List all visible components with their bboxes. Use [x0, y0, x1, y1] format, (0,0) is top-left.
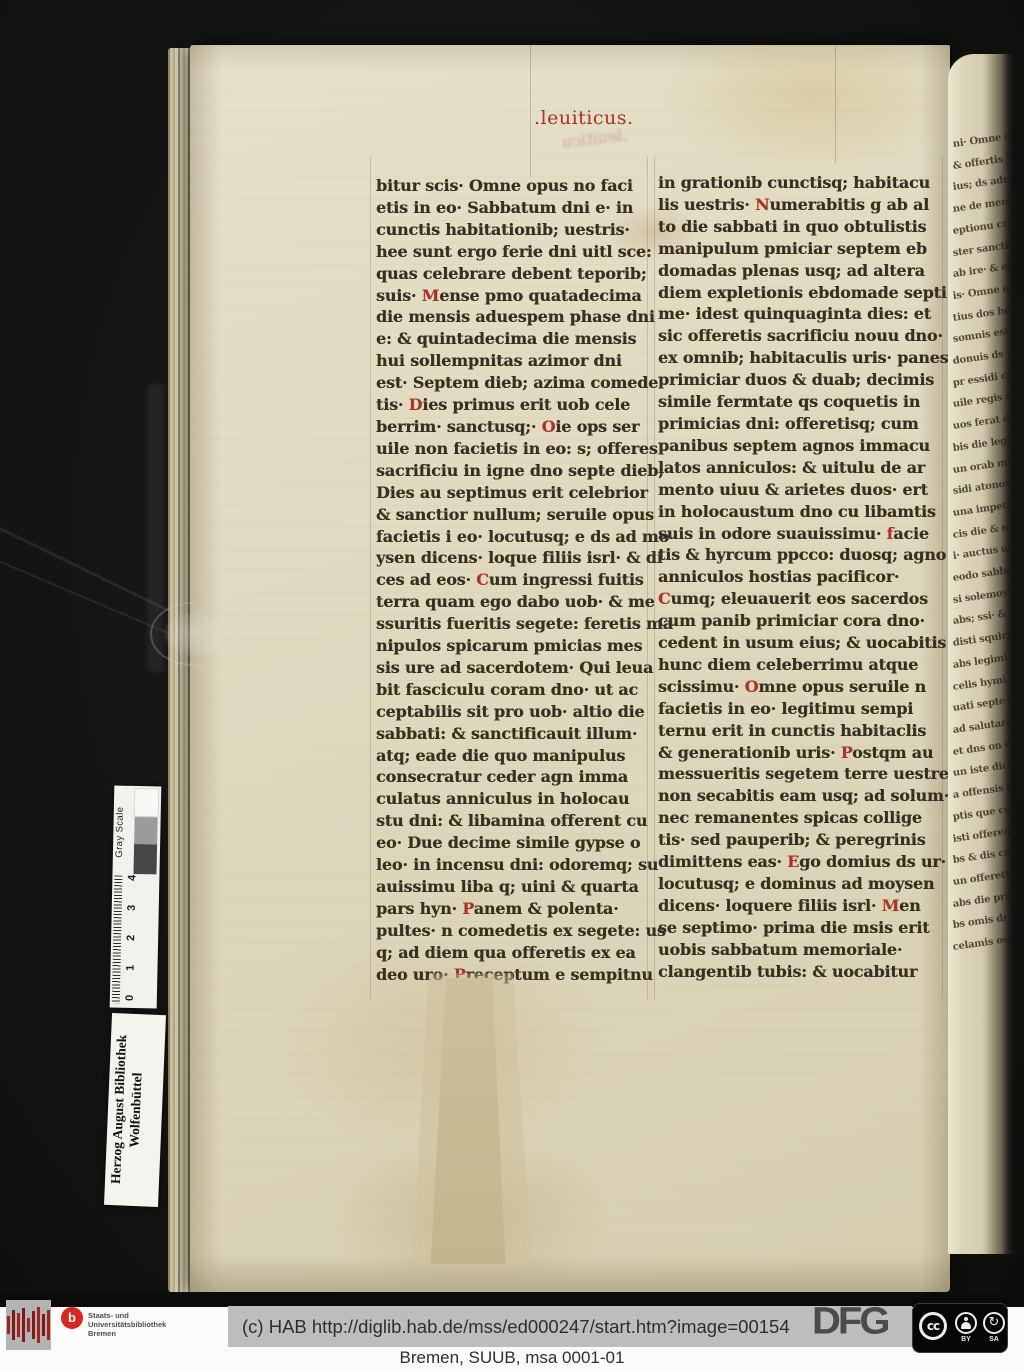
org-line: Bremen: [88, 1329, 166, 1338]
text-column-left: bitur scis· Omne opus no facietis in eo·…: [376, 175, 648, 986]
manuscript-line: anniculos hostias pacificor·: [658, 566, 944, 588]
manuscript-line: nipulos spicarum pmicias mes: [376, 635, 648, 657]
manuscript-line: pars hyn· Panem & polenta·: [376, 898, 648, 920]
manuscript-page: .leuiticus. .leuiticus. bitur scis· Omne…: [190, 45, 950, 1292]
manuscript-line: bitur scis· Omne opus no faci: [376, 175, 648, 197]
manuscript-line: hunc diem celeberrimu atque: [658, 654, 944, 676]
cc-icon: cc: [919, 1312, 947, 1340]
manuscript-line: cum panib primiciar cora dno·: [658, 610, 944, 632]
manuscript-line: pultes· n comedetis ex segete: us: [376, 920, 648, 942]
manuscript-line: diem expletionis ebdomade septi: [658, 282, 944, 304]
text-column-right: in grationib cunctisq; habitaculis uestr…: [658, 172, 944, 983]
manuscript-line: atq; eade die quo manipulus: [376, 745, 648, 767]
manuscript-line: nec remanentes spicas collige: [658, 807, 944, 829]
manuscript-line: sic offeretis sacrificiu nouu dno·: [658, 325, 944, 347]
manuscript-line: ysen dicens· loque filiis isrl· & di: [376, 547, 648, 569]
manuscript-line: non secabitis eam usq; ad solum·: [658, 785, 944, 807]
manuscript-line: tis· sed pauperib; & peregrinis: [658, 829, 944, 851]
gutter-shadow: [948, 54, 1014, 1254]
manuscript-line: dicens· loquere filiis isrl· Men: [658, 895, 944, 917]
ruler-number: 3: [126, 905, 138, 911]
gray-scale-label: Gray Scale: [113, 789, 133, 877]
ruler-number: 2: [125, 935, 137, 941]
manuscript-line: cedent in usum eius; & uocabitis: [658, 632, 944, 654]
manuscript-line: sabbati: & sanctificauit illum·: [376, 723, 648, 745]
manuscript-line: uile non facietis in eo: s; offeres: [376, 438, 648, 460]
gray-scale-ruler: Gray Scale 43210: [110, 786, 162, 1009]
manuscript-line: auissimu liba q; uini & quarta: [376, 876, 648, 898]
manuscript-line: cunctis habitationib; uestris·: [376, 219, 648, 241]
ruler-number: 0: [124, 995, 136, 1001]
manuscript-line: suis in odore suauissimu· facie: [658, 523, 944, 545]
manuscript-line: eo· Due decime simile gypse o: [376, 832, 648, 854]
manuscript-line: scissimu· Omne opus seruile n: [658, 676, 944, 698]
manuscript-line: ternu erit in cunctis habitaclis: [658, 720, 944, 742]
manuscript-line: consecratur ceder agn imma: [376, 766, 648, 788]
ruler-ticks: [112, 876, 123, 1004]
cc-by-person-icon: [955, 1312, 977, 1334]
bremen-logo-icon: b: [61, 1307, 83, 1329]
manuscript-line: locutusq; e dominus ad moysen: [658, 873, 944, 895]
manuscript-line: est· Septem dieb; azima comede: [376, 372, 648, 394]
page-holder-clip: [150, 602, 236, 666]
manuscript-line: terra quam ego dabo uob· & me: [376, 591, 648, 613]
manuscript-line: uobis sabbatum memoriale·: [658, 939, 944, 961]
manuscript-line: messueritis segetem terre uestre·: [658, 763, 944, 785]
ruler-numbers: 43210: [123, 872, 140, 1004]
manuscript-line: primiciar duos & duab; decimis: [658, 369, 944, 391]
manuscript-line: manipulum pmiciar septem eb: [658, 238, 944, 260]
ruling-line: [370, 157, 371, 999]
manuscript-line: quas celebrare debent teporib;: [376, 263, 648, 285]
gray-patch-dark: [133, 844, 157, 874]
manuscript-line: me· idest quinquaginta dies: et: [658, 303, 944, 325]
manuscript-line: hee sunt ergo ferie dni uitl sce:: [376, 241, 648, 263]
cc-sa-arrow-icon: ↻: [983, 1312, 1005, 1334]
bremen-org-name: Staats- undUniversitätsbibliothekBremen: [88, 1311, 166, 1338]
ruler-number: 1: [124, 965, 136, 971]
manuscript-line: dimittens eas· Ego domius ds ur·: [658, 851, 944, 873]
ink-bleedthrough: .leuiticus.: [561, 125, 629, 157]
manuscript-line: stu dni: & libamina offerent cu: [376, 810, 648, 832]
parchment-crease: [530, 45, 531, 177]
manuscript-line: leo· in incensu dni: odoremq; su: [376, 854, 648, 876]
manuscript-line: bit fasciculu coram dno· ut ac: [376, 679, 648, 701]
manuscript-line: culatus anniculus in holocau: [376, 788, 648, 810]
manuscript-line: q; ad diem qua offeretis ex ea: [376, 942, 648, 964]
manuscript-line: Cumq; eleuauerit eos sacerdos: [658, 588, 944, 610]
manuscript-line: primicias dni: offeretisq; cum: [658, 413, 944, 435]
manuscript-line: mento uiuu & arietes duos· ert: [658, 479, 944, 501]
manuscript-line: & generationib uris· Postqm au: [658, 742, 944, 764]
manuscript-line: hui sollempnitas azimor dni: [376, 350, 648, 372]
manuscript-line: berrim· sanctusq;· Oie ops ser: [376, 416, 648, 438]
manuscript-line: latos anniculos: & uitulu de ar: [658, 457, 944, 479]
manuscript-line: to die sabbati in quo obtulistis: [658, 216, 944, 238]
manuscript-line: domadas plenas usq; ad altera: [658, 260, 944, 282]
manuscript-line: facietis i eo· locutusq; e ds ad mo: [376, 526, 648, 548]
manuscript-line: Dies au septimus erit celebrior: [376, 482, 648, 504]
manuscript-line: e: & quintadecima die mensis: [376, 328, 648, 350]
manuscript-line: ceptabilis sit pro uob· altio die: [376, 701, 648, 723]
manuscript-line: ex omnib; habitaculis uris· panes: [658, 347, 944, 369]
manuscript-line: tis· Dies primus erit uob cele: [376, 394, 648, 416]
manuscript-line: etis in eo· Sabbatum dni e· in: [376, 197, 648, 219]
gray-scale-patches: [133, 789, 158, 874]
gray-patch-white: [135, 789, 159, 816]
manuscript-line: simile fermtate qs coquetis in: [658, 391, 944, 413]
org-line: Staats- und: [88, 1311, 166, 1320]
library-label: Herzog August Bibliothek Wolfenbüttel: [104, 1013, 166, 1207]
cc-sa-label: SA: [983, 1336, 1005, 1343]
manuscript-line: lis uestris· Numerabitis g ab al: [658, 194, 944, 216]
scan-photo: .leuiticus. .leuiticus. bitur scis· Omne…: [0, 0, 1024, 1370]
dfg-logo: DFG: [812, 1298, 887, 1344]
hab-bars-logo: [6, 1300, 51, 1350]
gray-patch-mid: [134, 816, 158, 844]
ruler-number: 4: [126, 875, 138, 881]
manuscript-line: clangentib tubis: & uocabitur: [658, 961, 944, 983]
manuscript-line: & sanctior nullum; seruile opus: [376, 504, 648, 526]
manuscript-line: sis ure ad sacerdotem· Qui leua: [376, 657, 648, 679]
org-line: Universitätsbibliothek: [88, 1320, 166, 1329]
copyright-url: (c) HAB http://diglib.hab.de/mss/ed00024…: [242, 1316, 790, 1338]
manuscript-line: in holocaustum dno cu libamtis: [658, 501, 944, 523]
cc-license-badge: cc ↻ BY SA: [912, 1303, 1008, 1353]
shelfmark: Bremen, SUUB, msa 0001-01: [0, 1348, 1024, 1368]
manuscript-line: tis & hyrcum ppcco: duosq; agno: [658, 544, 944, 566]
manuscript-line: panibus septem agnos immacu: [658, 435, 944, 457]
parchment-crease: [835, 45, 836, 163]
manuscript-line: in grationib cunctisq; habitacu: [658, 172, 944, 194]
manuscript-line: ces ad eos· Cum ingressi fuitis: [376, 569, 648, 591]
manuscript-line: sacrificiu in igne dno septe dieb;: [376, 460, 648, 482]
manuscript-line: facietis in eo· legitimu sempi: [658, 698, 944, 720]
facing-page-edge: ni· Omne qs ferui& offertis holocaius; d…: [948, 54, 1014, 1254]
manuscript-line: die mensis aduespem phase dni: [376, 306, 648, 328]
manuscript-line: suis· Mense pmo quatadecima: [376, 285, 648, 307]
manuscript-line: se septimo· prima die msis erit: [658, 917, 944, 939]
cc-by-label: BY: [955, 1336, 977, 1343]
manuscript-line: ssuritis fueritis segete: feretis ma: [376, 613, 648, 635]
